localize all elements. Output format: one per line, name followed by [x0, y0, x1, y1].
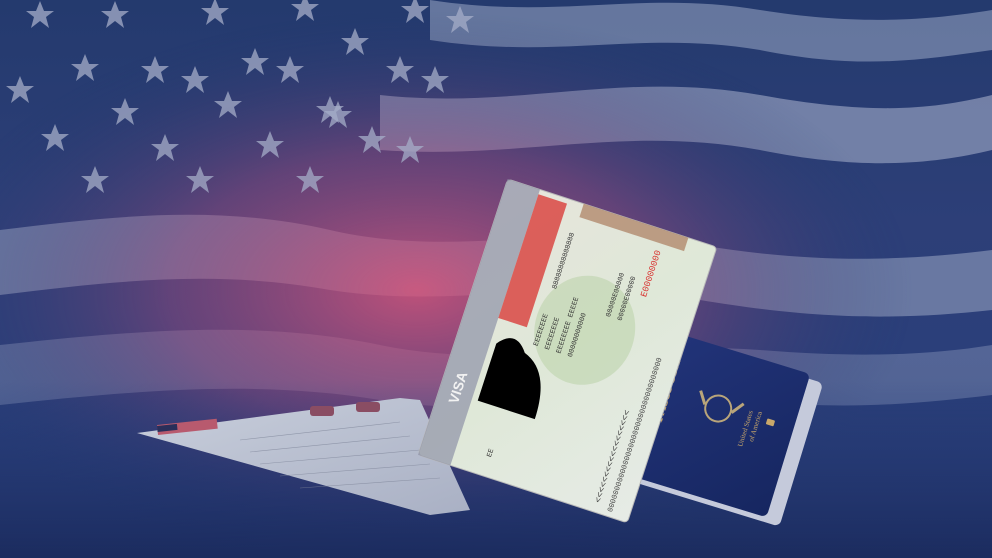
scene: PASSPORT United States of America VISA E…: [0, 0, 992, 558]
illustration: PASSPORT United States of America VISA E…: [0, 0, 992, 558]
